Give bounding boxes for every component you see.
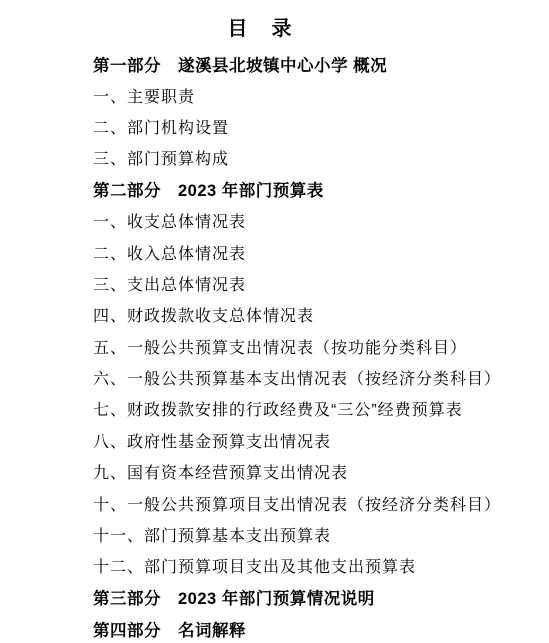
toc-entry: 五、一般公共预算支出情况表（按功能分类科目）: [93, 331, 549, 362]
toc-part-heading-4: 第四部分 名词解释: [93, 613, 549, 643]
toc-part-heading-3: 第三部分 2023 年部门预算情况说明: [93, 582, 549, 613]
toc-entry: 二、收入总体情况表: [93, 236, 549, 267]
toc-page: 目 录 第一部分 遂溪县北坡镇中心小学 概况 一、主要职责 二、部门机构设置 三…: [0, 0, 549, 643]
toc-entry: 十、一般公共预算项目支出情况表（按经济分类科目）: [93, 487, 549, 518]
toc-entry: 二、部门机构设置: [93, 111, 549, 142]
toc-entry: 一、主要职责: [93, 79, 549, 110]
toc-entry: 三、支出总体情况表: [93, 268, 549, 299]
toc-entry: 四、财政拨款收支总体情况表: [93, 299, 549, 330]
toc-entry: 一、收支总体情况表: [93, 205, 549, 236]
toc-part-heading-2: 第二部分 2023 年部门预算表: [93, 174, 549, 205]
toc-entry: 九、国有资本经营预算支出情况表: [93, 456, 549, 487]
toc-part-heading-1: 第一部分 遂溪县北坡镇中心小学 概况: [93, 48, 549, 79]
toc-entry: 七、财政拨款安排的行政经费及“三公”经费预算表: [93, 393, 549, 424]
toc-entry: 十一、部门预算基本支出预算表: [93, 519, 549, 550]
toc-list: 第一部分 遂溪县北坡镇中心小学 概况 一、主要职责 二、部门机构设置 三、部门预…: [93, 48, 549, 643]
toc-entry: 八、政府性基金预算支出情况表: [93, 425, 549, 456]
toc-entry: 六、一般公共预算基本支出情况表（按经济分类科目）: [93, 362, 549, 393]
toc-entry: 三、部门预算构成: [93, 142, 549, 173]
toc-entry: 十二、部门预算项目支出及其他支出预算表: [93, 550, 549, 581]
page-title: 目 录: [0, 18, 535, 40]
